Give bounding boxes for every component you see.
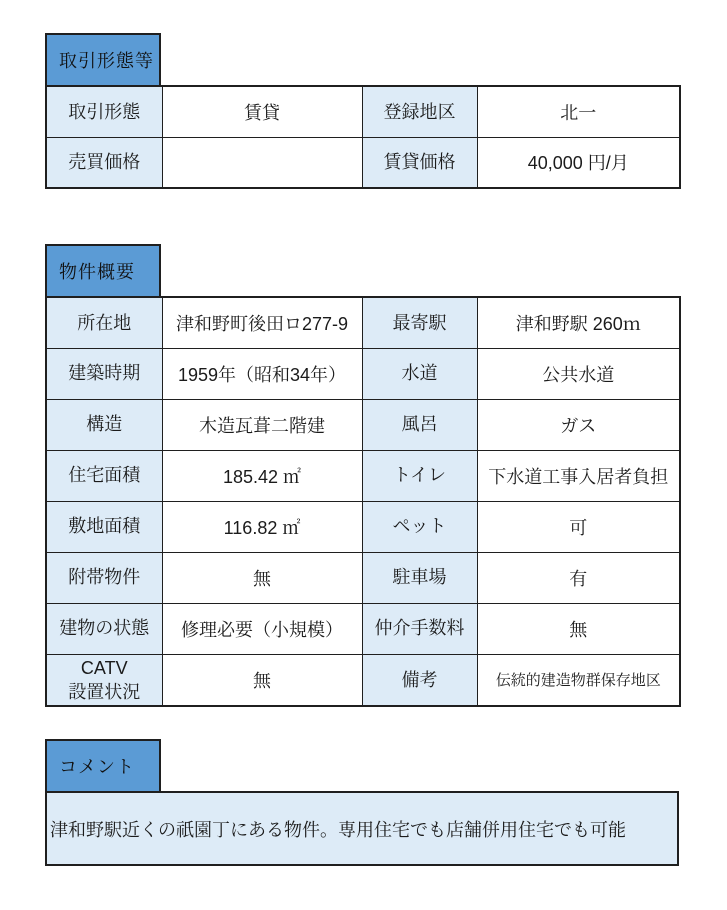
table-row: CATV 設置状況 無 備考 伝統的建造物群保存地区 xyxy=(46,654,680,706)
water-supply-label: 水道 xyxy=(362,348,477,399)
table-row: 建築時期 1959年（昭和34年） 水道 公共水道 xyxy=(46,348,680,399)
location-value: 津和野町後田ロ277-9 xyxy=(162,297,362,348)
registered-district-label: 登録地区 xyxy=(362,86,477,137)
bath-label: 風呂 xyxy=(362,399,477,450)
built-year-label: 建築時期 xyxy=(46,348,162,399)
remarks-label: 備考 xyxy=(362,654,477,706)
table-row: 取引形態 賃貸 登録地区 北一 xyxy=(46,86,680,137)
table-row: 所在地 津和野町後田ロ277-9 最寄駅 津和野駅 260ｍ xyxy=(46,297,680,348)
sale-price-value xyxy=(162,137,362,188)
land-area-label: 敷地面積 xyxy=(46,501,162,552)
building-condition-label: 建物の状態 xyxy=(46,603,162,654)
pet-value: 可 xyxy=(477,501,680,552)
transaction-section-tab: 取引形態等 xyxy=(45,33,161,85)
rent-price-value: 40,000 円/月 xyxy=(477,137,680,188)
nearest-station-label: 最寄駅 xyxy=(362,297,477,348)
brokerage-fee-label: 仲介手数料 xyxy=(362,603,477,654)
remarks-value: 伝統的建造物群保存地区 xyxy=(477,654,680,706)
water-supply-value: 公共水道 xyxy=(477,348,680,399)
catv-value: 無 xyxy=(162,654,362,706)
table-row: 附帯物件 無 駐車場 有 xyxy=(46,552,680,603)
property-section-title: 物件概要 xyxy=(59,258,135,284)
attached-property-label: 附帯物件 xyxy=(46,552,162,603)
brokerage-fee-value: 無 xyxy=(477,603,680,654)
parking-label: 駐車場 xyxy=(362,552,477,603)
table-row: 売買価格 賃貸価格 40,000 円/月 xyxy=(46,137,680,188)
catv-label: CATV 設置状況 xyxy=(46,654,162,706)
table-row: 住宅面積 185.42 ㎡ トイレ 下水道工事入居者負担 xyxy=(46,450,680,501)
section-gap xyxy=(45,707,727,739)
building-condition-value: 修理必要（小規模） xyxy=(162,603,362,654)
structure-label: 構造 xyxy=(46,399,162,450)
built-year-value: 1959年（昭和34年） xyxy=(162,348,362,399)
comment-box: 津和野駅近くの祇園丁にある物件。専用住宅でも店舗併用住宅でも可能 xyxy=(45,791,679,866)
property-section-tab: 物件概要 xyxy=(45,244,161,296)
toilet-label: トイレ xyxy=(362,450,477,501)
land-area-value: 116.82 ㎡ xyxy=(162,501,362,552)
section-gap xyxy=(45,189,727,244)
location-label: 所在地 xyxy=(46,297,162,348)
transaction-section-title: 取引形態等 xyxy=(59,47,154,73)
transaction-table: 取引形態 賃貸 登録地区 北一 売買価格 賃貸価格 40,000 円/月 xyxy=(45,85,681,189)
table-row: 構造 木造瓦葺二階建 風呂 ガス xyxy=(46,399,680,450)
sale-price-label: 売買価格 xyxy=(46,137,162,188)
rent-price-label: 賃貸価格 xyxy=(362,137,477,188)
comment-section-title: コメント xyxy=(59,753,135,779)
attached-property-value: 無 xyxy=(162,552,362,603)
bath-value: ガス xyxy=(477,399,680,450)
registered-district-value: 北一 xyxy=(477,86,680,137)
comment-section-tab: コメント xyxy=(45,739,161,791)
parking-value: 有 xyxy=(477,552,680,603)
pet-label: ペット xyxy=(362,501,477,552)
trade-type-label: 取引形態 xyxy=(46,86,162,137)
house-area-label: 住宅面積 xyxy=(46,450,162,501)
property-table: 所在地 津和野町後田ロ277-9 最寄駅 津和野駅 260ｍ 建築時期 1959… xyxy=(45,296,681,707)
nearest-station-value: 津和野駅 260ｍ xyxy=(477,297,680,348)
property-sheet: 取引形態等 取引形態 賃貸 登録地区 北一 売買価格 賃貸価格 40,000 円… xyxy=(0,0,727,910)
house-area-value: 185.42 ㎡ xyxy=(162,450,362,501)
trade-type-value: 賃貸 xyxy=(162,86,362,137)
table-row: 建物の状態 修理必要（小規模） 仲介手数料 無 xyxy=(46,603,680,654)
toilet-value: 下水道工事入居者負担 xyxy=(477,450,680,501)
structure-value: 木造瓦葺二階建 xyxy=(162,399,362,450)
table-row: 敷地面積 116.82 ㎡ ペット 可 xyxy=(46,501,680,552)
comment-text: 津和野駅近くの祇園丁にある物件。専用住宅でも店舗併用住宅でも可能 xyxy=(50,816,626,842)
